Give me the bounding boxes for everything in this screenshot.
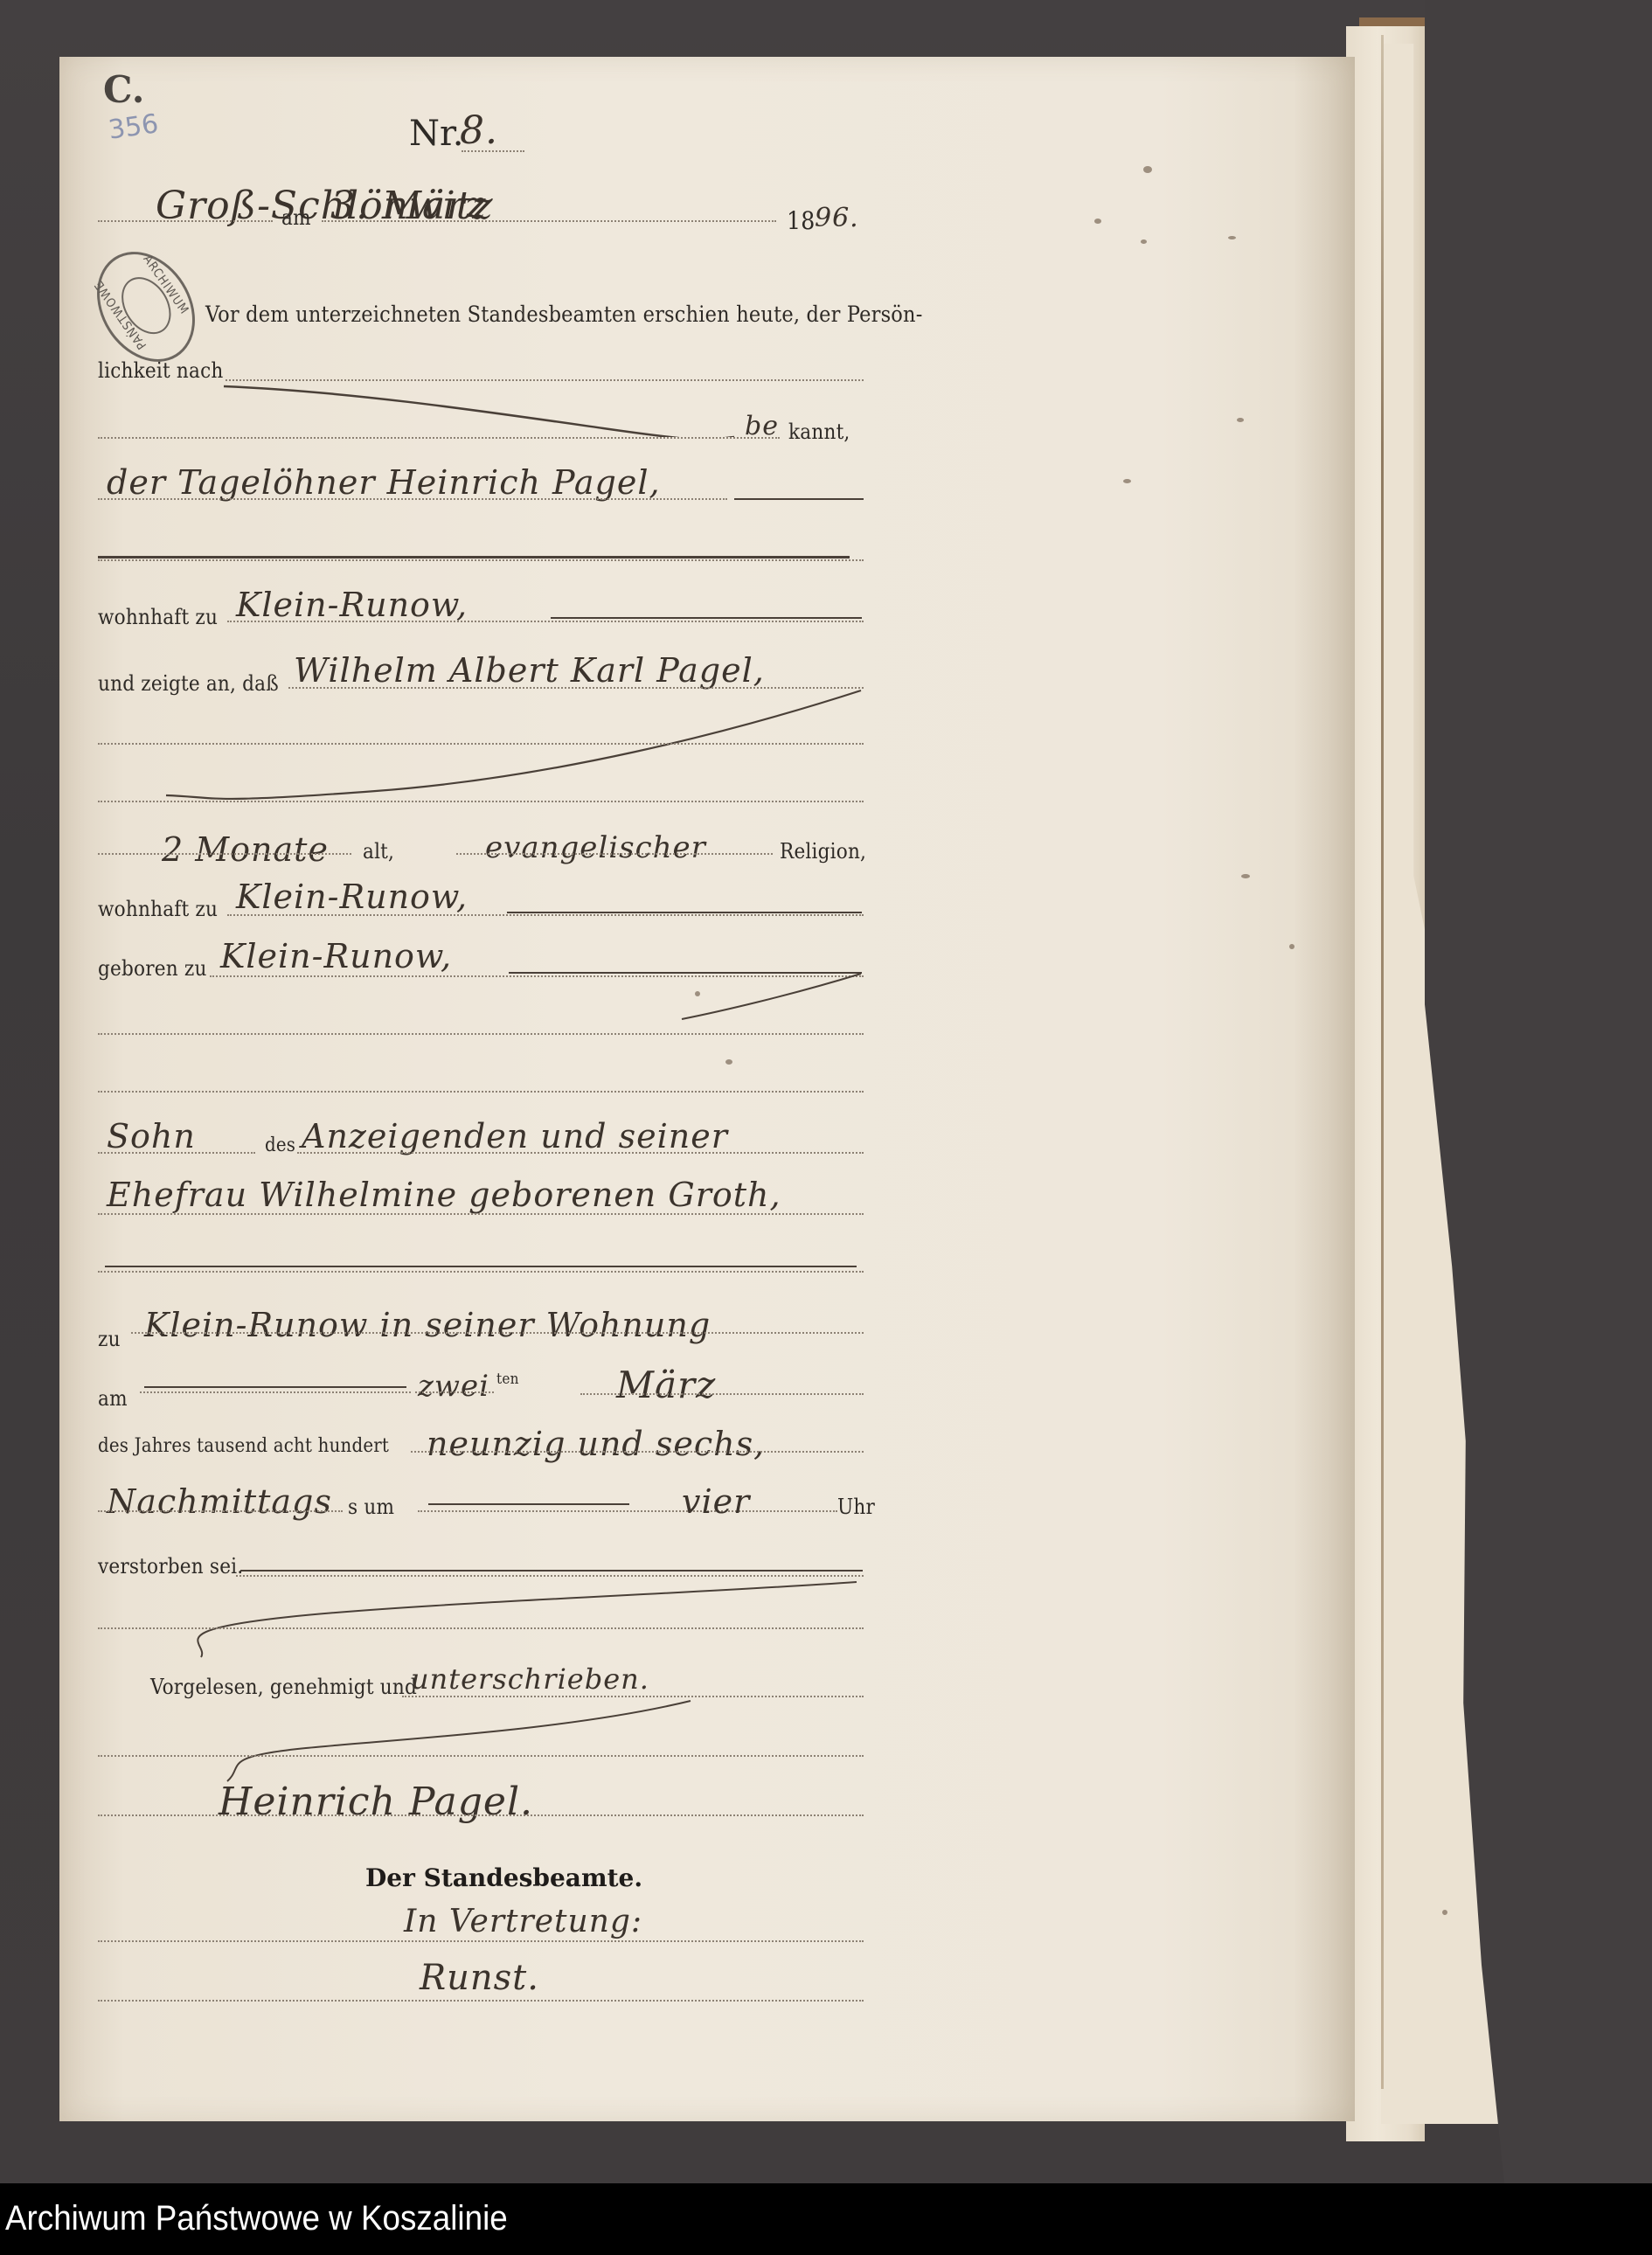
religion-value: evangelischer (485, 830, 706, 865)
religion-label: Religion, (780, 839, 866, 864)
paper-stain (1123, 479, 1131, 483)
paper-stain (1241, 874, 1250, 878)
informant-value: der Tagelöhner Heinrich Pagel, (107, 463, 661, 502)
age-value: 2 Monate (162, 830, 329, 869)
year-handwritten: 96. (815, 203, 859, 233)
parent-line-1-prefix: Sohn (107, 1117, 196, 1155)
known-suffix: kannt, (788, 420, 850, 444)
paper-stain (1228, 236, 1236, 239)
record-number-label: Nr. (409, 114, 463, 154)
known-prefix-handwritten: be (745, 411, 779, 441)
official-deputy: In Vertretung: (404, 1904, 642, 1939)
parent-line-1-value: Anzeigenden und seiner (302, 1117, 728, 1155)
official-title: Der Standesbeamte. (365, 1863, 642, 1892)
paper-stain (695, 991, 700, 996)
archive-name: Archiwum Państwowe w Koszalinie (5, 2199, 508, 2238)
official-signature: Runst. (420, 1958, 539, 1998)
paper-stain (1289, 944, 1295, 949)
death-hour-label: Uhr (837, 1495, 875, 1519)
residence-value: Klein-Runow, (236, 586, 468, 624)
death-year-value: neunzig und sechs, (427, 1425, 765, 1463)
deceased-residence-label: wohnhaft zu (98, 897, 218, 921)
death-place-label: zu (98, 1327, 121, 1351)
informant-signature: Heinrich Pagel. (219, 1780, 533, 1824)
death-time-suffix: s um (348, 1495, 394, 1519)
year-printed: 18 (787, 206, 815, 235)
paper-stain (1442, 1910, 1447, 1915)
pen-strike-stroke-5 (175, 1696, 699, 1783)
paper-stain (1143, 166, 1152, 173)
place-connector: am (281, 205, 311, 230)
pen-strike-stroke (219, 376, 743, 437)
pen-strike-stroke-4 (157, 1573, 874, 1661)
intro-line-1: Vor dem unterzeichneten Standesbeamten e… (205, 302, 923, 327)
paper-stain (1094, 219, 1101, 224)
death-hour-value: vier (682, 1482, 750, 1521)
parent-line-2-value: Ehefrau Wilhelmine geborenen Groth, (107, 1176, 781, 1214)
death-place-value: Klein-Runow in seiner Wohnung (144, 1306, 711, 1344)
record-number-value: 8. (460, 108, 498, 153)
death-year-label: des Jahres tausend acht hundert (98, 1435, 389, 1457)
death-day-suffix: ten (496, 1370, 519, 1388)
page-curl-shadow (1294, 57, 1355, 2121)
birthplace-label: geboren zu (98, 956, 207, 981)
form-letter: C. (103, 68, 144, 111)
paper-stain (725, 1059, 732, 1065)
death-time-value: Nachmittags (107, 1482, 332, 1521)
death-month-value: März (616, 1363, 716, 1406)
page-gutter (1381, 35, 1384, 2089)
read-value: unterschrieben. (411, 1662, 649, 1696)
intro-line-2-label: lichkeit nach (98, 358, 223, 383)
pen-strike-stroke-3 (350, 970, 874, 1023)
age-label: alt, (363, 839, 394, 864)
death-date-label: am (98, 1386, 128, 1411)
paper-stain (1141, 239, 1147, 244)
death-day-value: zwei (418, 1369, 489, 1404)
deceased-residence-value: Klein-Runow, (236, 878, 468, 916)
residence-label: wohnhaft zu (98, 605, 218, 629)
parent-line-1-article: des (265, 1134, 295, 1156)
paper-stain (1237, 418, 1244, 422)
